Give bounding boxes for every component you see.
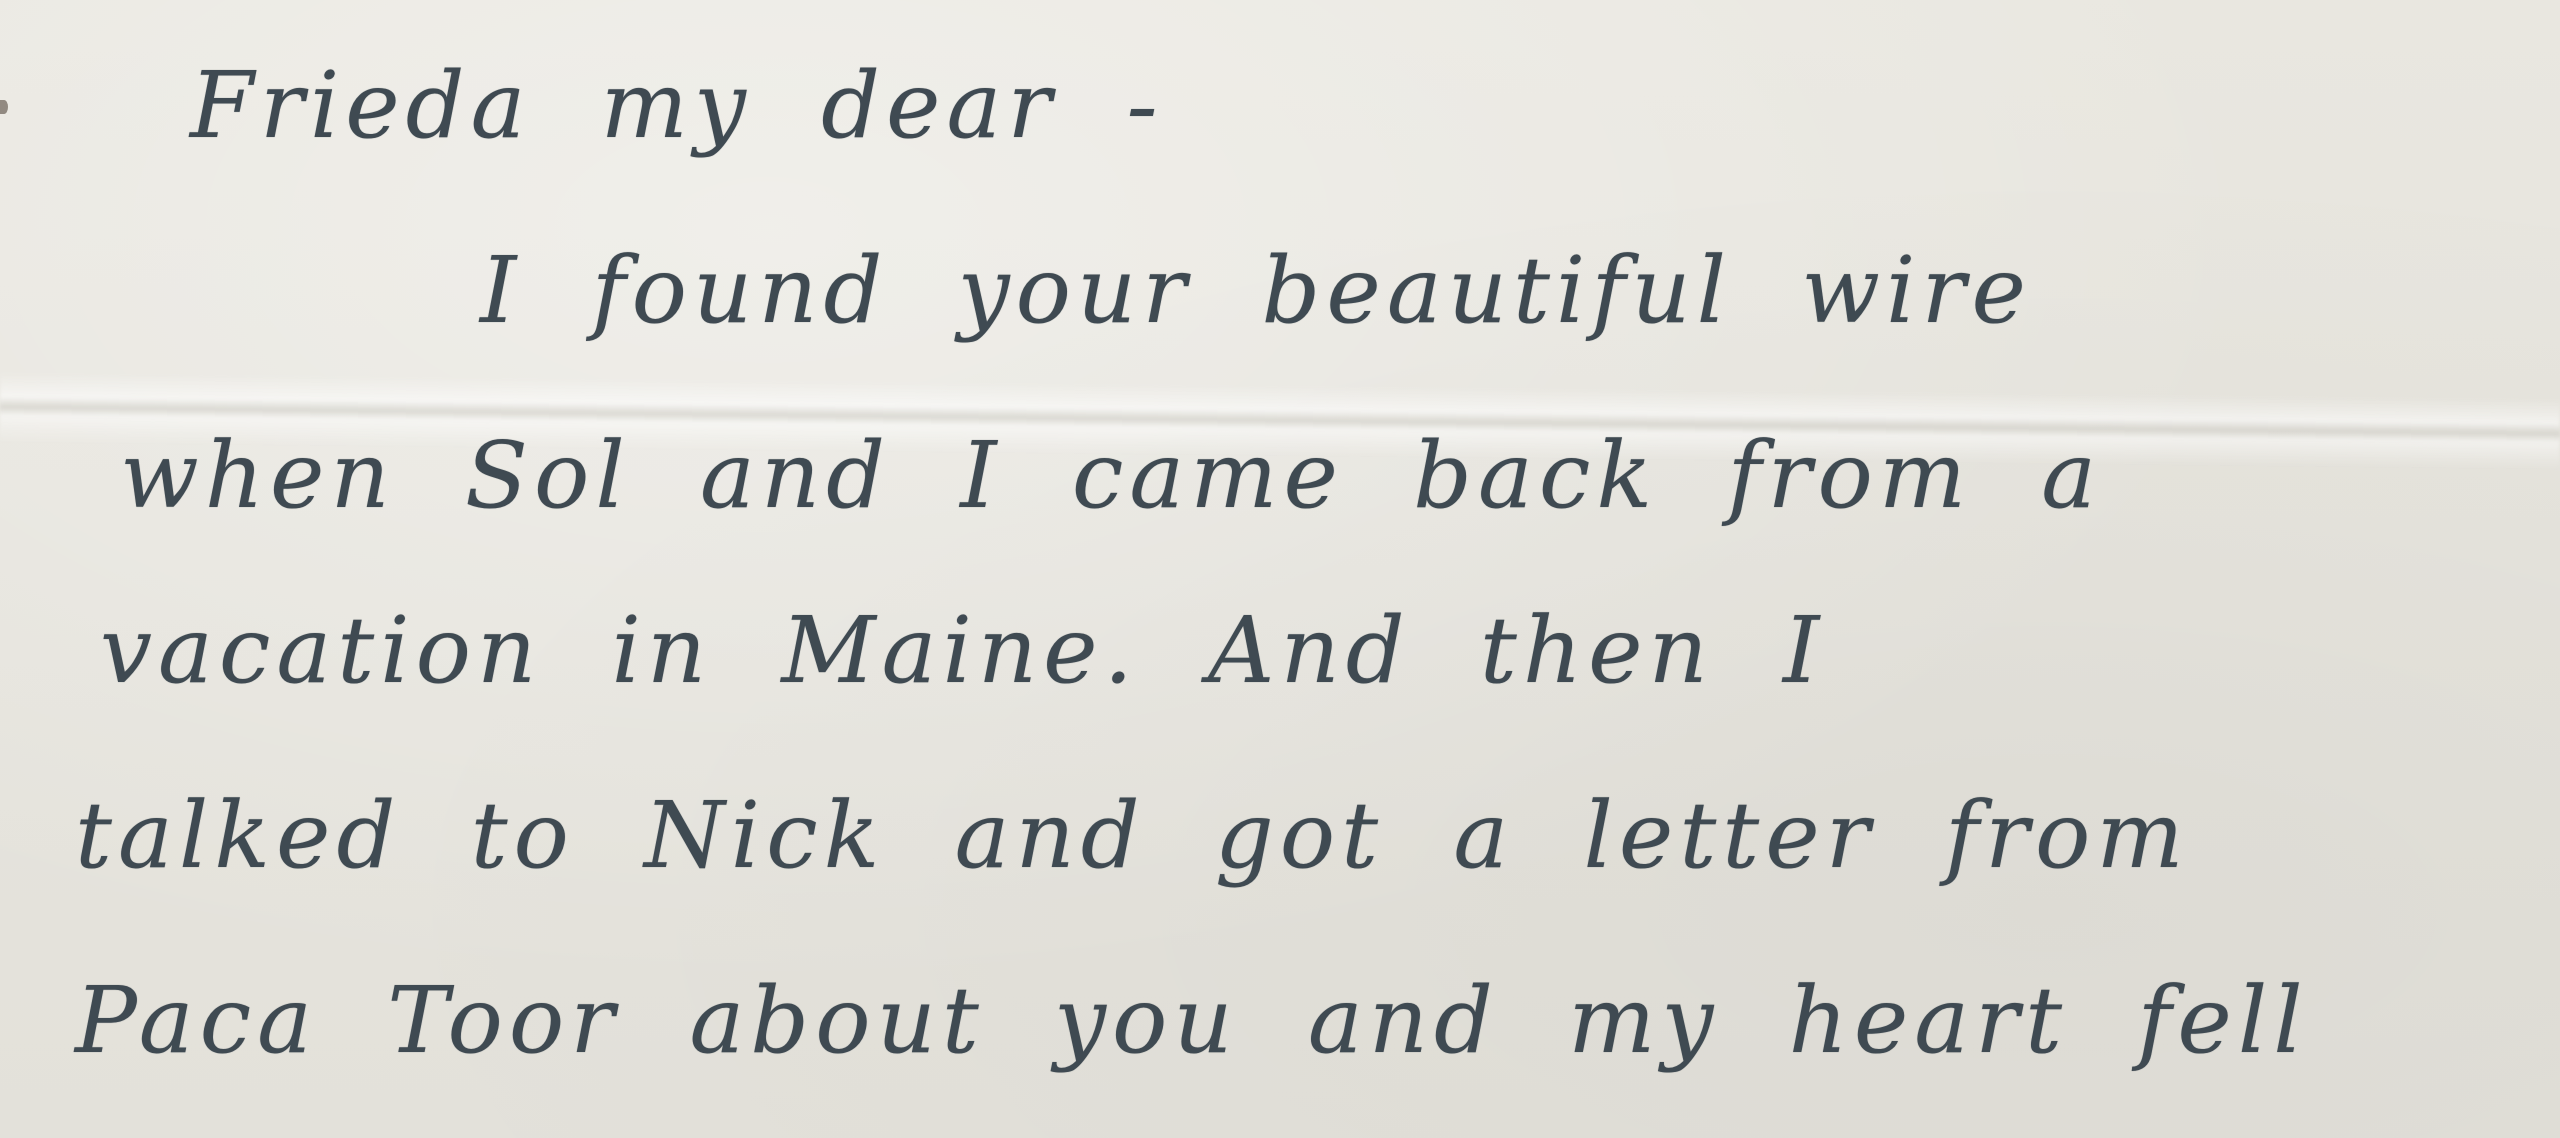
letter-page: Frieda my dear - I found your beautiful … [0, 0, 2560, 1138]
letter-line-1: I found your beautiful wire [480, 245, 2032, 337]
letter-salutation: Frieda my dear - [190, 60, 1164, 152]
paper-edge-mark [0, 100, 8, 114]
letter-line-2: when Sol and I came back from a [120, 430, 2102, 522]
letter-line-5: Paca Toor about you and my heart fell [75, 975, 2309, 1067]
letter-line-4: talked to Nick and got a letter from [75, 790, 2190, 882]
letter-line-3: vacation in Maine. And then I [100, 605, 1825, 697]
